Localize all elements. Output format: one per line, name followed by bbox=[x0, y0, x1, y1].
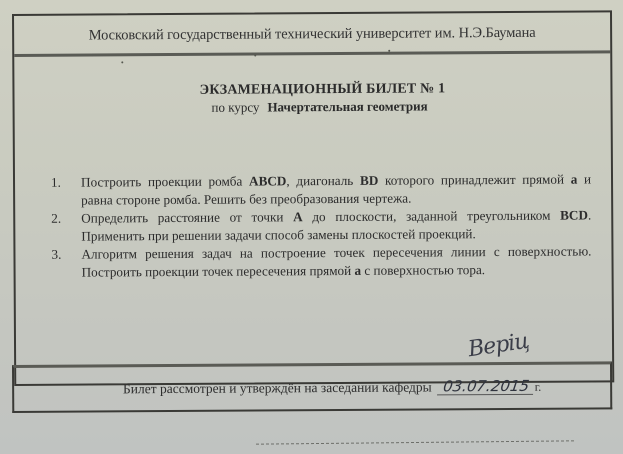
task-item: 1. Построить проекции ромба ABCD, диагон… bbox=[51, 170, 591, 209]
paper-speck bbox=[121, 61, 123, 63]
year-suffix: г. bbox=[535, 380, 542, 395]
handwritten-signature: Веріц bbox=[467, 329, 531, 363]
task-text: Алгоритм решения задач на построение точ… bbox=[81, 242, 591, 281]
task-text: Определить расстояние от точки A до плос… bbox=[81, 206, 591, 245]
task-bold-term: BD bbox=[360, 173, 378, 188]
course-prefix: по курсу bbox=[211, 99, 259, 114]
task-bold-term: BCD bbox=[560, 207, 588, 222]
task-text-part: Определить расстояние от точки bbox=[81, 209, 293, 225]
task-text-part: которого принадлежит прямой bbox=[378, 172, 570, 188]
task-text-part: Построить проекции ромба bbox=[81, 174, 249, 190]
course-name: Начертательная геометрия bbox=[267, 98, 427, 114]
task-text-part: до плоскости, заданной треугольником bbox=[303, 208, 561, 225]
approval-text: Билет рассмотрен и утверждён на заседани… bbox=[123, 379, 432, 397]
title-block: ЭКЗАМЕНАЦИОННЫЙ БИЛЕТ № 1 по курсуНачерт… bbox=[14, 80, 610, 117]
paper-speck bbox=[388, 50, 390, 52]
exam-ticket-sheet: Московский государственный технический у… bbox=[12, 10, 614, 386]
paper-speck bbox=[254, 55, 256, 57]
footer-band: Билет рассмотрен и утверждён на заседани… bbox=[12, 361, 612, 413]
task-item: 2. Определить расстояние от точки A до п… bbox=[51, 206, 591, 245]
dotted-line bbox=[256, 440, 574, 444]
course-line: по курсуНачертательная геометрия bbox=[15, 97, 611, 117]
task-number: 2. bbox=[51, 210, 81, 246]
approval-date: 03.07.2015 bbox=[437, 378, 535, 396]
task-text: Построить проекции ромба ABCD, диагональ… bbox=[81, 170, 591, 209]
task-bold-term: ABCD bbox=[249, 173, 286, 188]
task-list: 1. Построить проекции ромба ABCD, диагон… bbox=[51, 170, 592, 281]
task-text-part: , диагональ bbox=[286, 173, 360, 188]
task-text-part: Алгоритм решения задач на построение точ… bbox=[81, 243, 591, 279]
university-name: Московский государственный технический у… bbox=[89, 24, 536, 44]
header-band: Московский государственный технический у… bbox=[14, 12, 610, 57]
task-item: 3. Алгоритм решения задач на построение … bbox=[51, 242, 591, 281]
task-number: 1. bbox=[51, 174, 81, 210]
task-text-part: с поверхностью тора. bbox=[361, 262, 485, 278]
approval-line: Билет рассмотрен и утверждён на заседани… bbox=[83, 378, 541, 398]
task-number: 3. bbox=[51, 246, 81, 282]
